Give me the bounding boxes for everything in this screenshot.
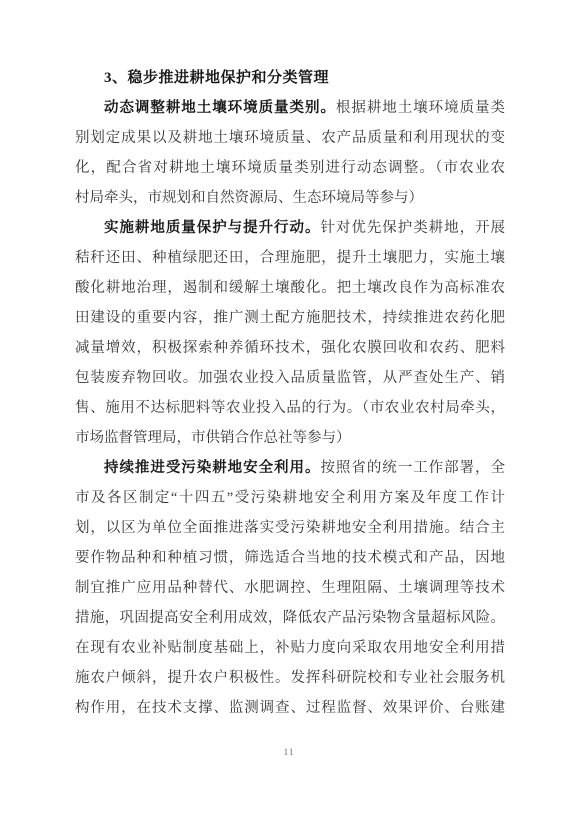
text-line: 制宜推广应用品种替代、水肥调控、生理阻隔、土壤调理等技术 — [75, 573, 505, 603]
text-line: 包装废弃物回收。加强农业投入品质量监管，从严查处生产、销 — [75, 363, 505, 393]
text-block: 3、稳步推进耕地保护和分类管理 动态调整耕地土壤环境质量类别。根据耕地土壤环境质… — [75, 63, 505, 723]
text-line: 构作用，在技术支撑、监测调查、过程监督、效果评价、台账建 — [75, 693, 505, 723]
text-line: 施农户倾斜，提升农户积极性。发挥科研院校和专业社会服务机 — [75, 663, 505, 693]
text-line: 持续推进受污染耕地安全利用。按照省的统一工作部署，全 — [75, 453, 505, 483]
paragraph-lead: 动态调整耕地土壤环境质量类别。 — [104, 100, 336, 116]
text-line: 划，以区为单位全面推进落实受污染耕地安全利用措施。结合主 — [75, 513, 505, 543]
text-line: 秸秆还田、种植绿肥还田，合理施肥，提升土壤肥力，实施土壤 — [75, 243, 505, 273]
paragraph-lead: 实施耕地质量保护与提升行动。 — [104, 220, 320, 236]
text-line: 市场监督管理局，市供销合作总社等参与） — [75, 423, 505, 453]
paragraph-lead: 持续推进受污染耕地安全利用。 — [104, 460, 320, 476]
text-line: 动态调整耕地土壤环境质量类别。根据耕地土壤环境质量类 — [75, 93, 505, 123]
text-line: 酸化耕地治理，遏制和缓解土壤酸化。把土壤改良作为高标准农 — [75, 273, 505, 303]
page-number: 11 — [0, 747, 578, 757]
text-line: 田建设的重要内容，推广测土配方施肥技术，持续推进农药化肥 — [75, 303, 505, 333]
paragraph-text: 按照省的统一工作部署，全 — [320, 460, 505, 476]
text-line: 村局牵头，市规划和自然资源局、生态环境局等参与） — [75, 183, 505, 213]
paragraph-text: 根据耕地土壤环境质量类 — [336, 100, 505, 116]
text-line: 减量增效，积极探索种养循环技术，强化农膜回收和农药、肥料 — [75, 333, 505, 363]
text-line: 实施耕地质量保护与提升行动。针对优先保护类耕地，开展 — [75, 213, 505, 243]
text-line: 要作物品种和种植习惯，筛选适合当地的技术模式和产品，因地 — [75, 543, 505, 573]
document-page: 3、稳步推进耕地保护和分类管理 动态调整耕地土壤环境质量类别。根据耕地土壤环境质… — [0, 0, 578, 818]
section-heading: 3、稳步推进耕地保护和分类管理 — [75, 63, 505, 93]
text-line: 化，配合省对耕地土壤环境质量类别进行动态调整。（市农业农 — [75, 153, 505, 183]
paragraph-text: 针对优先保护类耕地，开展 — [320, 220, 505, 236]
text-line: 在现有农业补贴制度基础上，补贴力度向采取农用地安全利用措 — [75, 633, 505, 663]
text-line: 别划定成果以及耕地土壤环境质量、农产品质量和利用现状的变 — [75, 123, 505, 153]
text-line: 市及各区制定“十四五”受污染耕地安全利用方案及年度工作计 — [75, 483, 505, 513]
text-line: 措施，巩固提高安全利用成效，降低农产品污染物含量超标风险。 — [75, 603, 505, 633]
text-line: 售、施用不达标肥料等农业投入品的行为。（市农业农村局牵头， — [75, 393, 505, 423]
